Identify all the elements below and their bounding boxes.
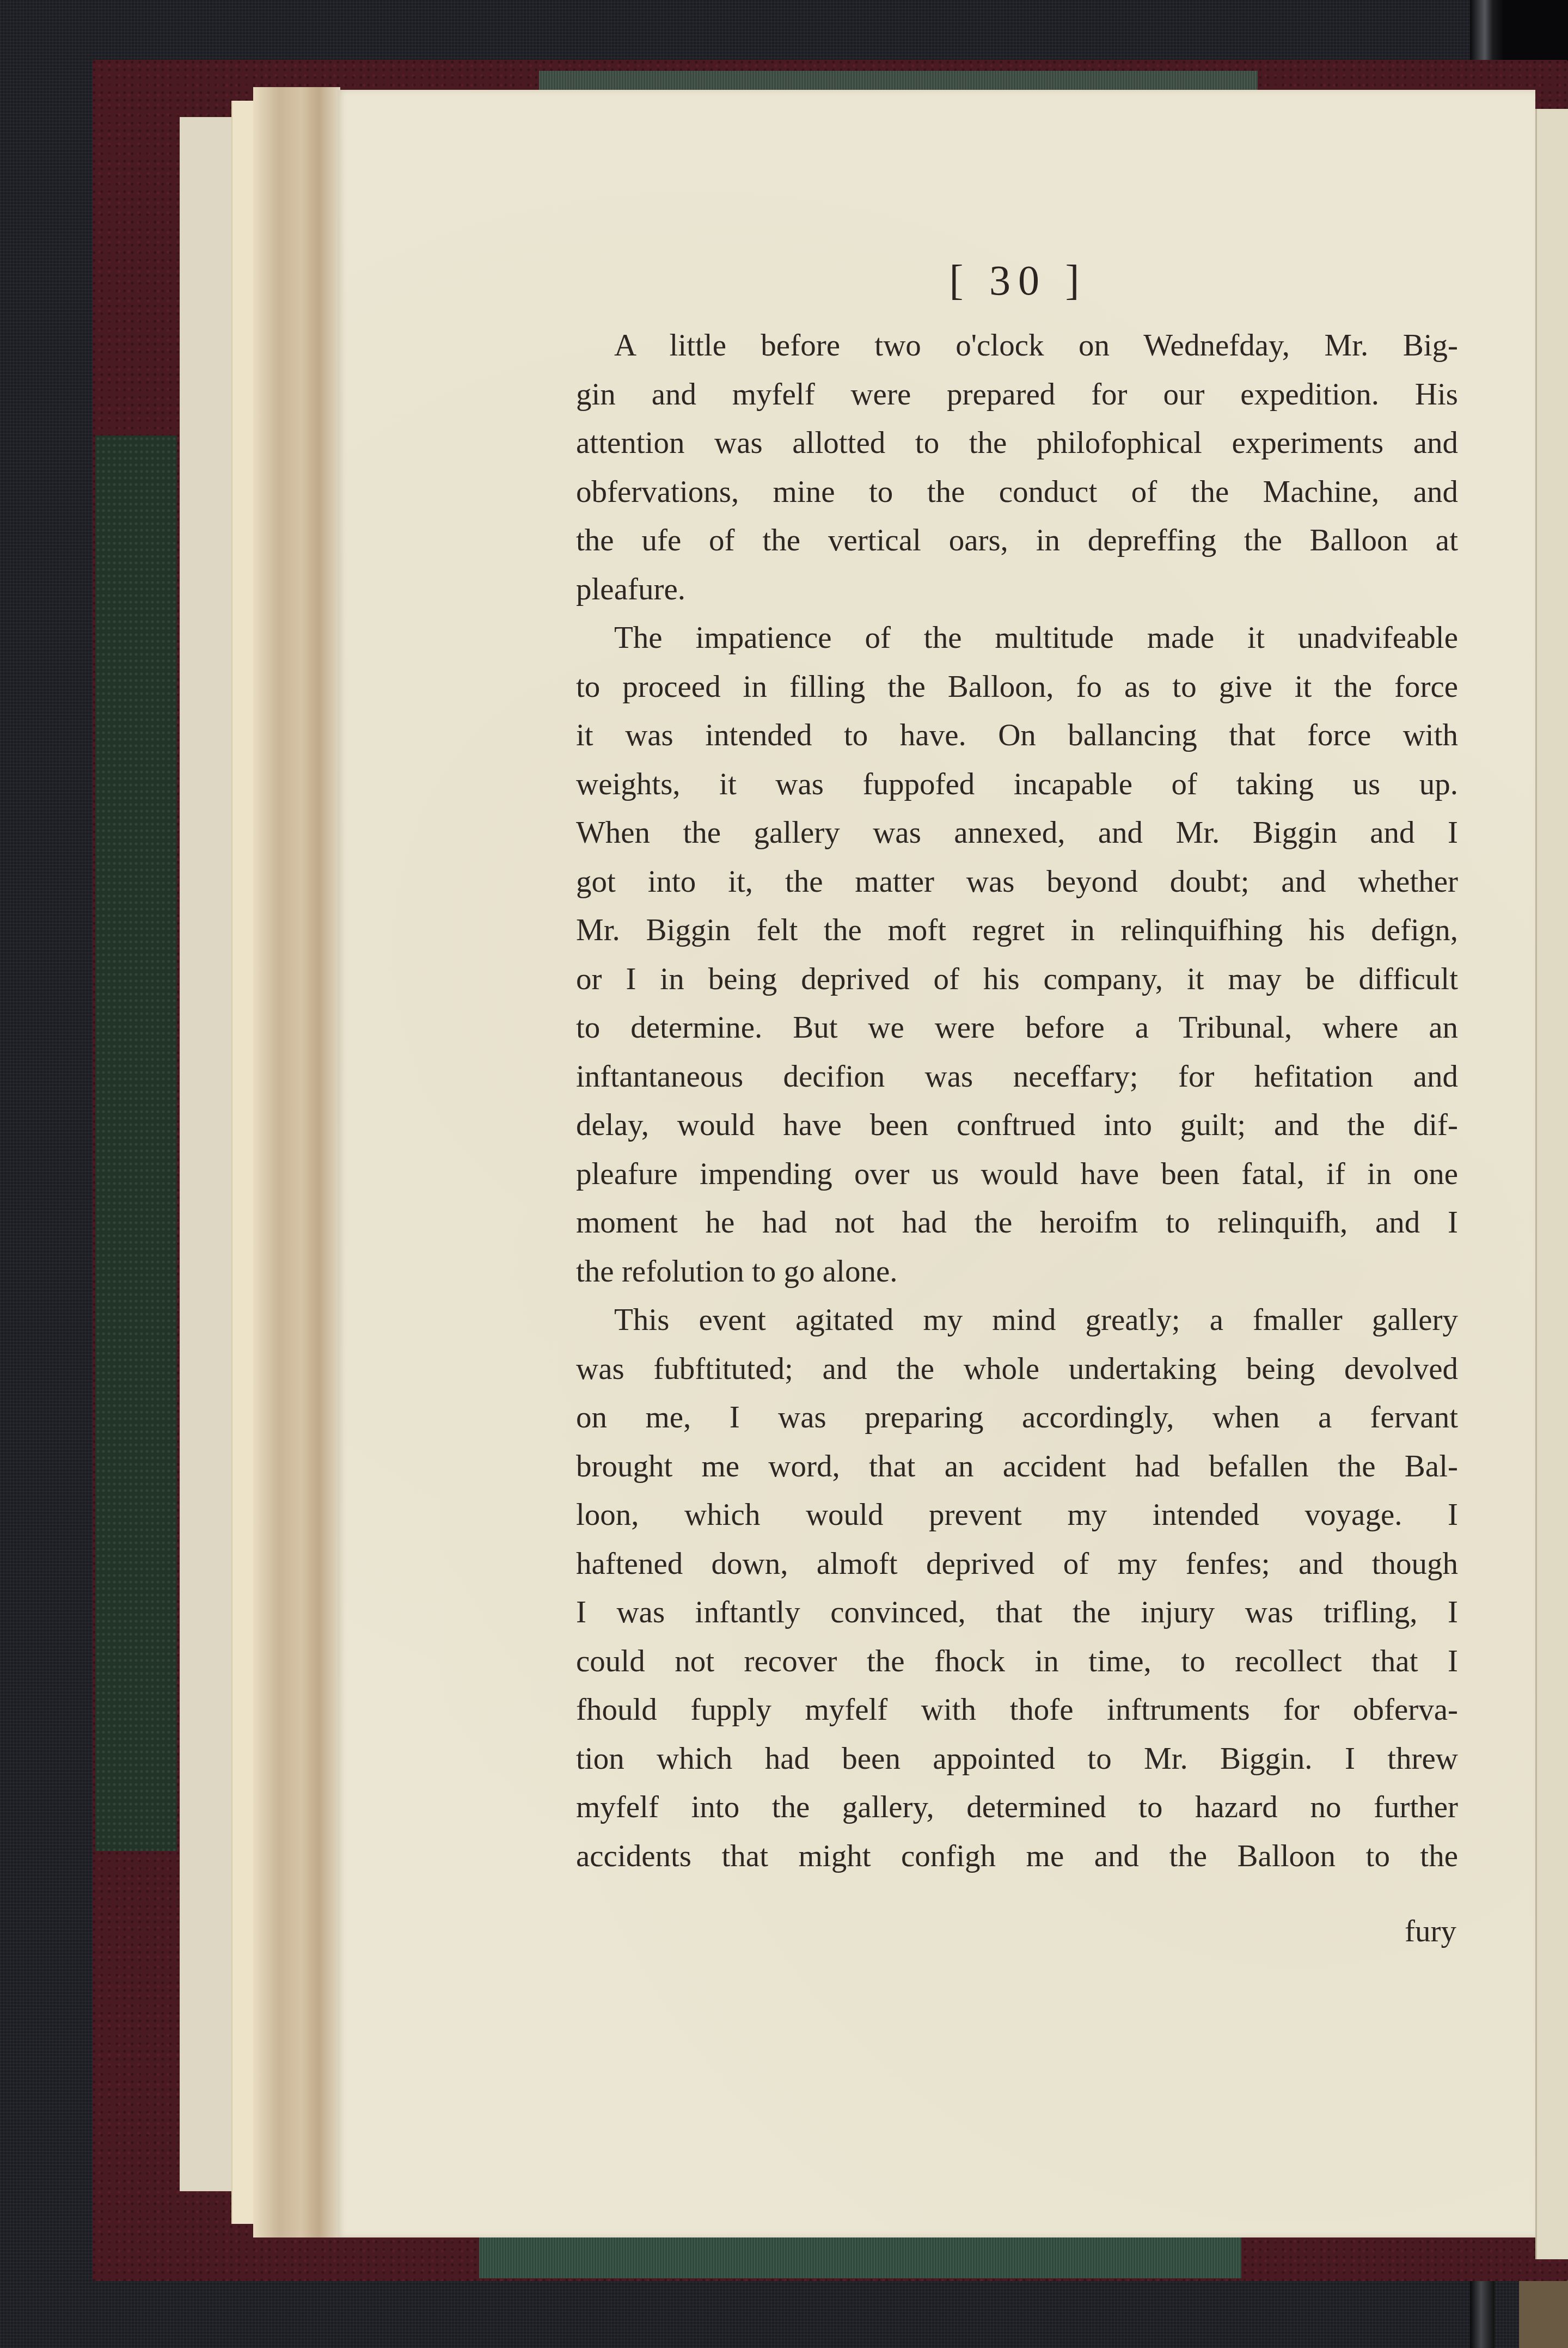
text-line: tion which had been appointed to Mr. Big… (576, 1734, 1458, 1783)
text-line: the refolution to go alone. (576, 1247, 1458, 1296)
text-line: pleafure. (576, 565, 1458, 614)
page-gutter (253, 87, 340, 2237)
green-cloth-spine-left (95, 436, 177, 1851)
text-line: myfelf into the gallery, determined to h… (576, 1783, 1458, 1832)
text-line: delay, would have been conftrued into gu… (576, 1101, 1458, 1150)
text-line: or I in being deprived of his company, i… (576, 955, 1458, 1004)
text-line: When the gallery was annexed, and Mr. Bi… (576, 808, 1458, 857)
text-line: attention was allotted to the philofophi… (576, 419, 1458, 468)
text-line: inftantaneous decifion was neceffary; fo… (576, 1052, 1458, 1101)
text-line: fhould fupply myfelf with thofe inftrume… (576, 1685, 1458, 1734)
text-line: it was intended to have. On ballancing t… (576, 711, 1458, 760)
green-cloth-spine-bottom (479, 2237, 1241, 2278)
text-line: pleafure impending over us would have be… (576, 1150, 1458, 1199)
text-line: accidents that might configh me and the … (576, 1832, 1458, 1881)
flyleaf (180, 117, 234, 2191)
text-line: was fubftituted; and the whole undertaki… (576, 1345, 1458, 1394)
text-line: weights, it was fuppofed incapable of ta… (576, 760, 1458, 809)
page-number-header: [ 30 ] (920, 256, 1116, 305)
text-line: haftened down, almoft deprived of my fen… (576, 1540, 1458, 1589)
text-line: could not recover the fhock in time, to … (576, 1637, 1458, 1686)
text-line: The impatience of the multitude made it … (576, 614, 1458, 663)
text-line: moment he had not had the heroifm to rel… (576, 1198, 1458, 1247)
text-line: I was inftantly convinced, that the inju… (576, 1588, 1458, 1637)
text-line: brought me word, that an accident had be… (576, 1442, 1458, 1491)
text-line: This event agitated my mind greatly; a f… (576, 1296, 1458, 1345)
page-stack-edge (231, 101, 254, 2224)
text-line: loon, which would prevent my intended vo… (576, 1491, 1458, 1540)
text-line: got into it, the matter was beyond doubt… (576, 857, 1458, 906)
body-text: A little before two o'clock on Wednefday… (576, 321, 1458, 1880)
catchword: fury (1307, 1914, 1456, 1949)
text-line: to determine. But we were before a Tribu… (576, 1003, 1458, 1052)
text-line: on me, I was preparing accordingly, when… (576, 1393, 1458, 1442)
text-line: gin and myfelf were prepared for our exp… (576, 370, 1458, 419)
text-line: A little before two o'clock on Wednefday… (576, 321, 1458, 370)
text-line: the ufe of the vertical oars, in depreff… (576, 516, 1458, 565)
text-line: obfervations, mine to the conduct of the… (576, 468, 1458, 517)
text-line: to proceed in filling the Balloon, fo as… (576, 663, 1458, 712)
next-page-edge (1535, 109, 1568, 2259)
text-line: Mr. Biggin felt the moft regret in relin… (576, 906, 1458, 955)
